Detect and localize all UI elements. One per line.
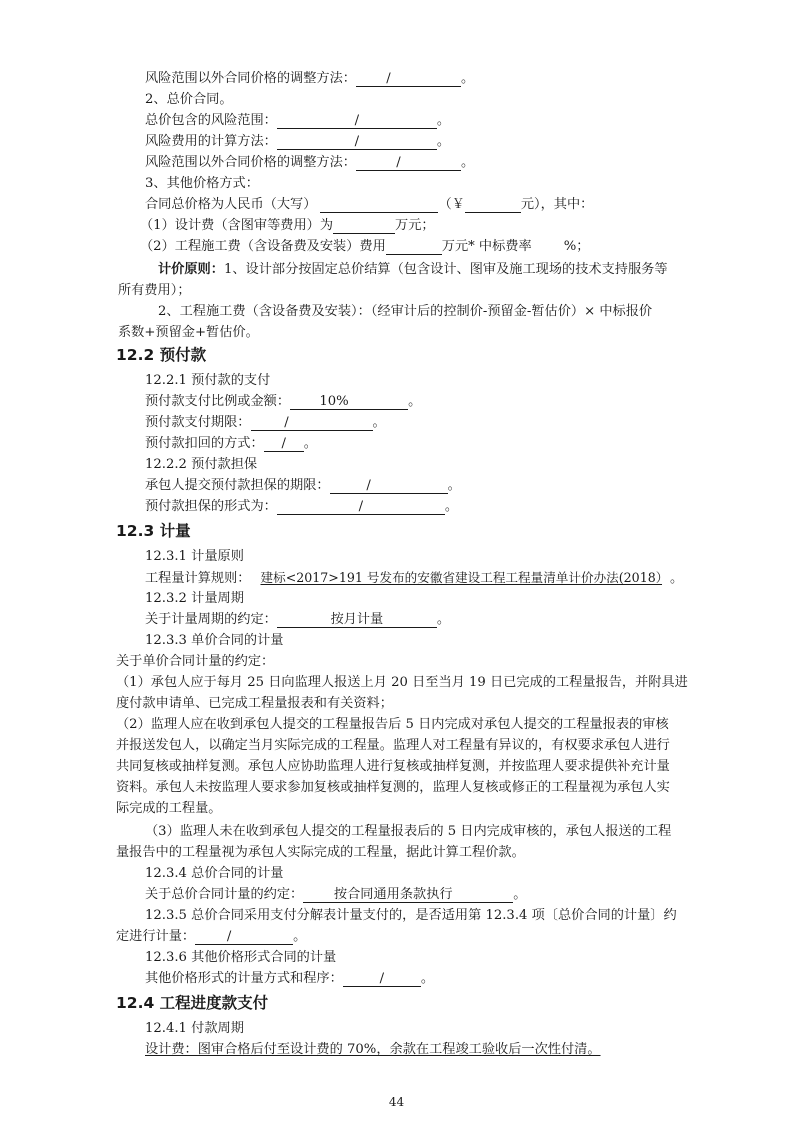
subsection-12-3-1: 12.3.1 计量原则 [145, 548, 244, 566]
guarantee-form-field[interactable]: / [277, 499, 445, 515]
subsection-12-3-6: 12.3.6 其他价格形式合同的计量 [145, 949, 336, 967]
field-label: （1）设计费（含图审等费用）为 [140, 218, 333, 233]
field-label: 预付款支付期限： [145, 415, 251, 430]
contract-total-upper-field[interactable] [320, 197, 438, 213]
field-label: （2）工程施工费（含设备费及安装）费用 [140, 239, 386, 254]
design-fee-line: （1）设计费（含图审等费用）为万元； [140, 217, 435, 235]
field-label: 工程量计算规则： [145, 571, 251, 586]
unit-label: 万元* 中标费率 [442, 239, 532, 254]
period-mark: 。 [304, 436, 317, 451]
item-2-line-5: 际完成的工程量。 [116, 800, 222, 818]
pricing-principle-label: 计价原则： [158, 262, 224, 277]
item-2-line-2: 并报送发包人，以确定当月实际完成的工程量。监理人对工程量有异议的，有权要求承包人… [116, 737, 670, 755]
total-risk-scope-line: 总价包含的风险范围：/。 [145, 112, 450, 130]
rmb-suffix: 元），其中： [521, 197, 594, 212]
period-mark: 。 [408, 394, 421, 409]
contract-total-number-field[interactable] [465, 197, 521, 213]
design-payment-terms: 设计费：图审合格后付至设计费的 70%，余款在工程竣工验收后一次性付清。 [145, 1041, 601, 1059]
rules-line: 工程量计算规则：建标<2017>191 号发布的安徽省建设工程工程量清单计价办法… [145, 569, 683, 588]
guarantee-form-line: 预付款担保的形式为：/。 [145, 498, 458, 516]
field-label: 总价包含的风险范围： [145, 113, 277, 128]
advance-ratio-field[interactable]: 10% [290, 394, 408, 410]
subsection-12-3-2: 12.3.2 计量周期 [145, 590, 244, 608]
period-mark: 。 [437, 612, 450, 627]
field-label: 预付款支付比例或金额： [145, 394, 290, 409]
rules-field[interactable]: 建标<2017>191 号发布的安徽省建设工程工程量清单计价办法(2018） [251, 570, 671, 585]
field-label: 风险范围以外合同价格的调整方法： [145, 155, 356, 170]
total-price-contract-heading: 2、总价合同。 [145, 91, 233, 109]
item-1-line-1: （1）承包人应于每月 25 日向监理人报送上月 20 日至当月 19 日已完成的… [116, 674, 688, 692]
document-page: 风险范围以外合同价格的调整方法：/。 2、总价合同。 总价包含的风险范围：/。 … [0, 0, 793, 1122]
risk-outside-adjust-line-1: 风险范围以外合同价格的调整方法：/。 [145, 70, 474, 88]
pricing-principle-text: 1、设计部分按固定总价结算（包含设计、图审及施工现场的技术支持服务等 [224, 262, 668, 277]
total-agreement-line: 关于总价合同计量的约定：按合同通用条款执行。 [145, 886, 526, 904]
contract-total-line: 合同总价格为人民币（大写）（￥元），其中： [145, 196, 593, 214]
risk-outside-adjust-field-2[interactable]: / [356, 155, 461, 171]
item-2-line-1: （2）监理人应在收到承包人提交的工程量报告后 5 日内完成对承包人提交的工程量报… [116, 716, 669, 734]
section-heading-12-4: 12.4 工程进度款支付 [116, 993, 268, 1013]
total-risk-scope-field[interactable]: / [277, 113, 437, 129]
period-line: 关于计量周期的约定：按月计量。 [145, 611, 450, 629]
unit-price-agreement-label: 关于单价合同计量的约定： [116, 653, 274, 671]
item-3-line-2: 量报告中的工程量视为承包人实际完成的工程量，据此计算工程价款。 [116, 844, 525, 862]
subsection-12-2-2: 12.2.2 预付款担保 [145, 456, 257, 474]
percent-label: %； [564, 239, 590, 254]
field-label: 定进行计量： [116, 929, 195, 944]
period-mark: 。 [513, 887, 526, 902]
section-heading-12-3: 12.3 计量 [116, 521, 191, 541]
period-mark: 。 [461, 155, 474, 170]
construction-fee-field[interactable] [386, 239, 442, 255]
pricing-principle-line-2-cont: 系数+预留金+暂估价。 [118, 324, 259, 342]
other-method-line: 其他价格形式的计量方式和程序：/。 [145, 970, 434, 988]
period-mark: 。 [421, 971, 434, 986]
item-2-line-3: 共同复核或抽样复测。承包人应协助监理人进行复核或抽样复测，并按监理人要求提供补充… [116, 758, 670, 776]
period-mark: 。 [445, 499, 458, 514]
field-label: 承包人提交预付款担保的期限： [145, 478, 330, 493]
subsection-12-3-3: 12.3.3 单价合同的计量 [145, 632, 283, 650]
period-mark: 。 [373, 415, 386, 430]
applicability-field[interactable]: / [195, 929, 293, 945]
guarantee-term-line: 承包人提交预付款担保的期限：/。 [145, 477, 461, 495]
total-agreement-field[interactable]: 按合同通用条款执行 [303, 887, 513, 903]
field-label: 预付款扣回的方式： [145, 436, 264, 451]
design-fee-field[interactable] [333, 218, 395, 234]
pricing-principle-line-1-cont: 所有费用）； [118, 282, 191, 300]
advance-term-line: 预付款支付期限：/。 [145, 414, 386, 432]
guarantee-term-field[interactable]: / [330, 478, 448, 494]
subsection-12-2-1: 12.2.1 预付款的支付 [145, 372, 270, 390]
risk-outside-adjust-field-1[interactable]: / [356, 71, 461, 87]
risk-fee-calc-field[interactable]: / [277, 134, 437, 150]
subsection-12-3-5-line-2: 定进行计量：/。 [116, 928, 306, 946]
period-mark: 。 [670, 571, 683, 586]
period-mark: 。 [448, 478, 461, 493]
period-mark: 。 [293, 929, 306, 944]
section-heading-12-2: 12.2 预付款 [116, 345, 206, 365]
pricing-principle-line-1: 计价原则：1、设计部分按固定总价结算（包含设计、图审及施工现场的技术支持服务等 [158, 261, 668, 279]
subsection-12-3-4: 12.3.4 总价合同的计量 [145, 865, 283, 883]
advance-deduct-line: 预付款扣回的方式：/。 [145, 435, 317, 453]
subsection-12-3-5-line-1: 12.3.5 总价合同采用支付分解表计量支付的，是否适用第 12.3.4 项〔总… [145, 907, 677, 925]
item-1-line-2: 度付款申请单、已完成工程量报表和有关资料； [116, 695, 393, 713]
field-label: 关于总价合同计量的约定： [145, 887, 303, 902]
field-label: 风险费用的计算方法： [145, 134, 277, 149]
item-2-line-4: 资料。承包人未按监理人要求参加复核或抽样复测的，监理人复核或修正的工程量视为承包… [116, 779, 670, 797]
period-mark: 。 [461, 71, 474, 86]
field-label: 风险范围以外合同价格的调整方法： [145, 71, 356, 86]
period-mark: 。 [437, 134, 450, 149]
advance-ratio-line: 预付款支付比例或金额：10%。 [145, 393, 421, 411]
field-label: 合同总价格为人民币（大写） [145, 197, 316, 212]
construction-fee-line: （2）工程施工费（含设备费及安装）费用万元* 中标费率%； [140, 238, 589, 256]
other-method-field[interactable]: / [343, 971, 421, 987]
page-number: 44 [0, 1095, 793, 1109]
field-label: 其他价格形式的计量方式和程序： [145, 971, 343, 986]
subsection-12-4-1: 12.4.1 付款周期 [145, 1020, 244, 1038]
period-field[interactable]: 按月计量 [277, 612, 437, 628]
other-price-heading: 3、其他价格方式： [145, 175, 259, 193]
advance-term-field[interactable]: / [251, 415, 373, 431]
item-3-line-1: （3）监理人未在收到承包人提交的工程量报表后的 5 日内完成审核的，承包人报送的… [145, 823, 671, 841]
pricing-principle-line-2: 2、工程施工费（含设备费及安装）：（经审计后的控制价-预留金-暂估价）× 中标报… [158, 303, 652, 321]
unit-label: 万元； [395, 218, 435, 233]
field-label: 预付款担保的形式为： [145, 499, 277, 514]
advance-deduct-field[interactable]: / [264, 436, 304, 452]
period-mark: 。 [437, 113, 450, 128]
rmb-prefix: （￥ [438, 197, 464, 212]
risk-outside-adjust-line-2: 风险范围以外合同价格的调整方法：/。 [145, 154, 474, 172]
field-label: 关于计量周期的约定： [145, 612, 277, 627]
risk-fee-calc-line: 风险费用的计算方法：/。 [145, 133, 450, 151]
